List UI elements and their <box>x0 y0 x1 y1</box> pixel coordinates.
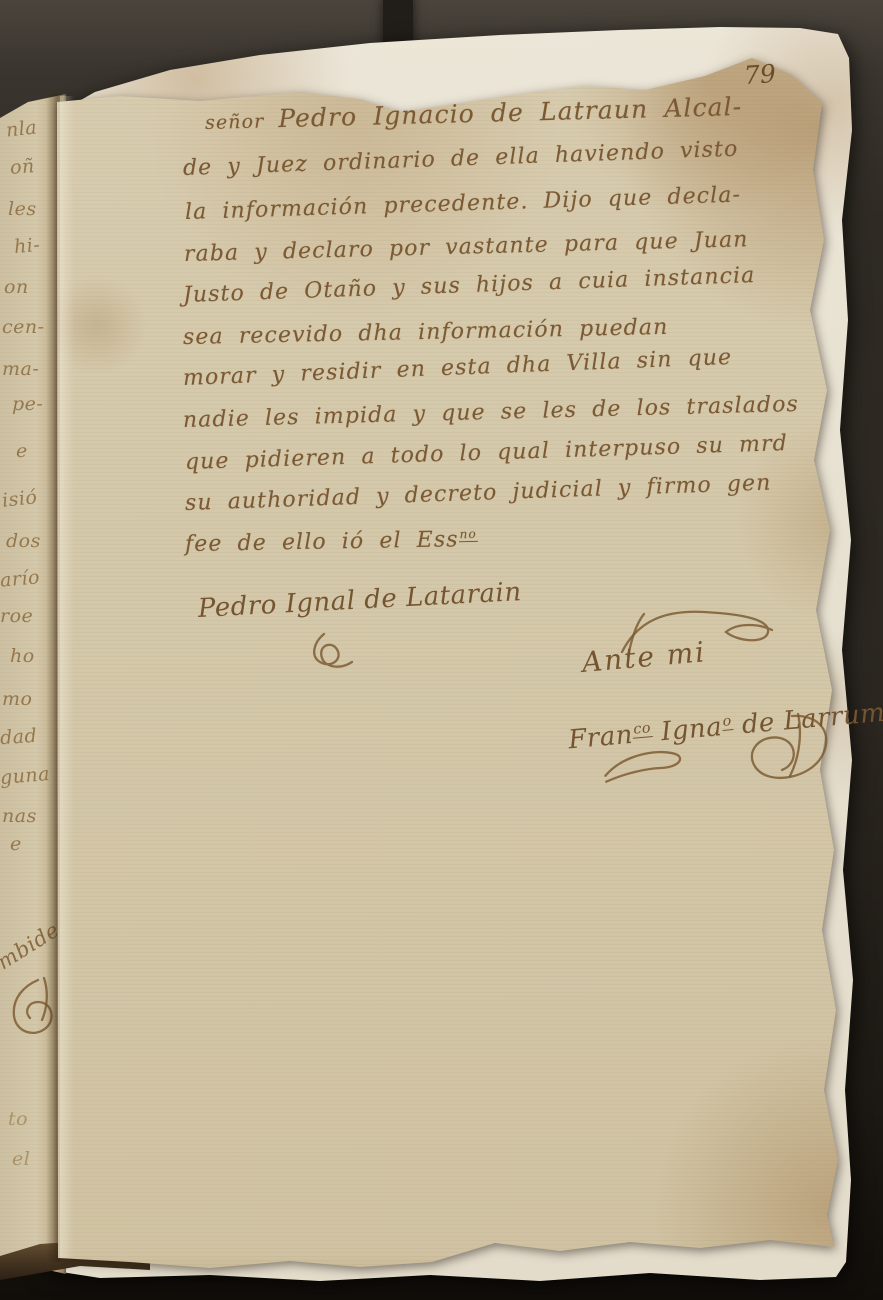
closing-superscript: no <box>458 527 478 542</box>
manuscript-text-layer: 79 señorPedro Ignacio de Latraun Alcal- … <box>0 0 883 1300</box>
manuscript-line: su authoridad y decreto judicial y firmo… <box>185 471 772 516</box>
closing-text: fee de ello ió el Ess <box>185 527 459 557</box>
manuscript-line: de y Juez ordinario de ella haviendo vis… <box>183 137 739 181</box>
manuscript-line: Justo de Otaño y sus hijos a cuia instan… <box>183 263 756 308</box>
manuscript-line: la información precedente. Dijo que decl… <box>185 183 742 225</box>
manuscript-line: nadie les impida y que se les de los tra… <box>183 392 800 433</box>
manuscript-line: señorPedro Ignacio de Latraun Alcal- <box>205 92 743 135</box>
manuscript-line: raba y declaro por vastante para que Jua… <box>184 227 749 267</box>
manuscript-photo: nla oñ les hi- on cen- ma- pe- e isió do… <box>0 0 883 1300</box>
signature-alcalde-rubric-icon <box>300 632 370 674</box>
manuscript-line: que pidieren a todo lo qual interpuso su… <box>185 431 789 475</box>
manuscript-line: morar y residir en esta dha Villa sin qu… <box>183 345 733 391</box>
signature-alcalde: Pedro Ignal de Latarain <box>197 577 522 624</box>
manuscript-line: sea recevido dha información puedan <box>183 315 669 350</box>
signature-ante-mi: Ante mi <box>581 635 708 679</box>
escribano-superscript: co <box>632 720 653 739</box>
signature-escribano-rubric-icon <box>742 712 838 796</box>
line1-text: Pedro Ignacio de Latraun Alcal- <box>278 92 743 133</box>
salutation-text: señor <box>205 110 265 134</box>
folio-number: 79 <box>743 59 777 90</box>
manuscript-closing-line: fee de ello ió el Essno <box>185 527 478 557</box>
